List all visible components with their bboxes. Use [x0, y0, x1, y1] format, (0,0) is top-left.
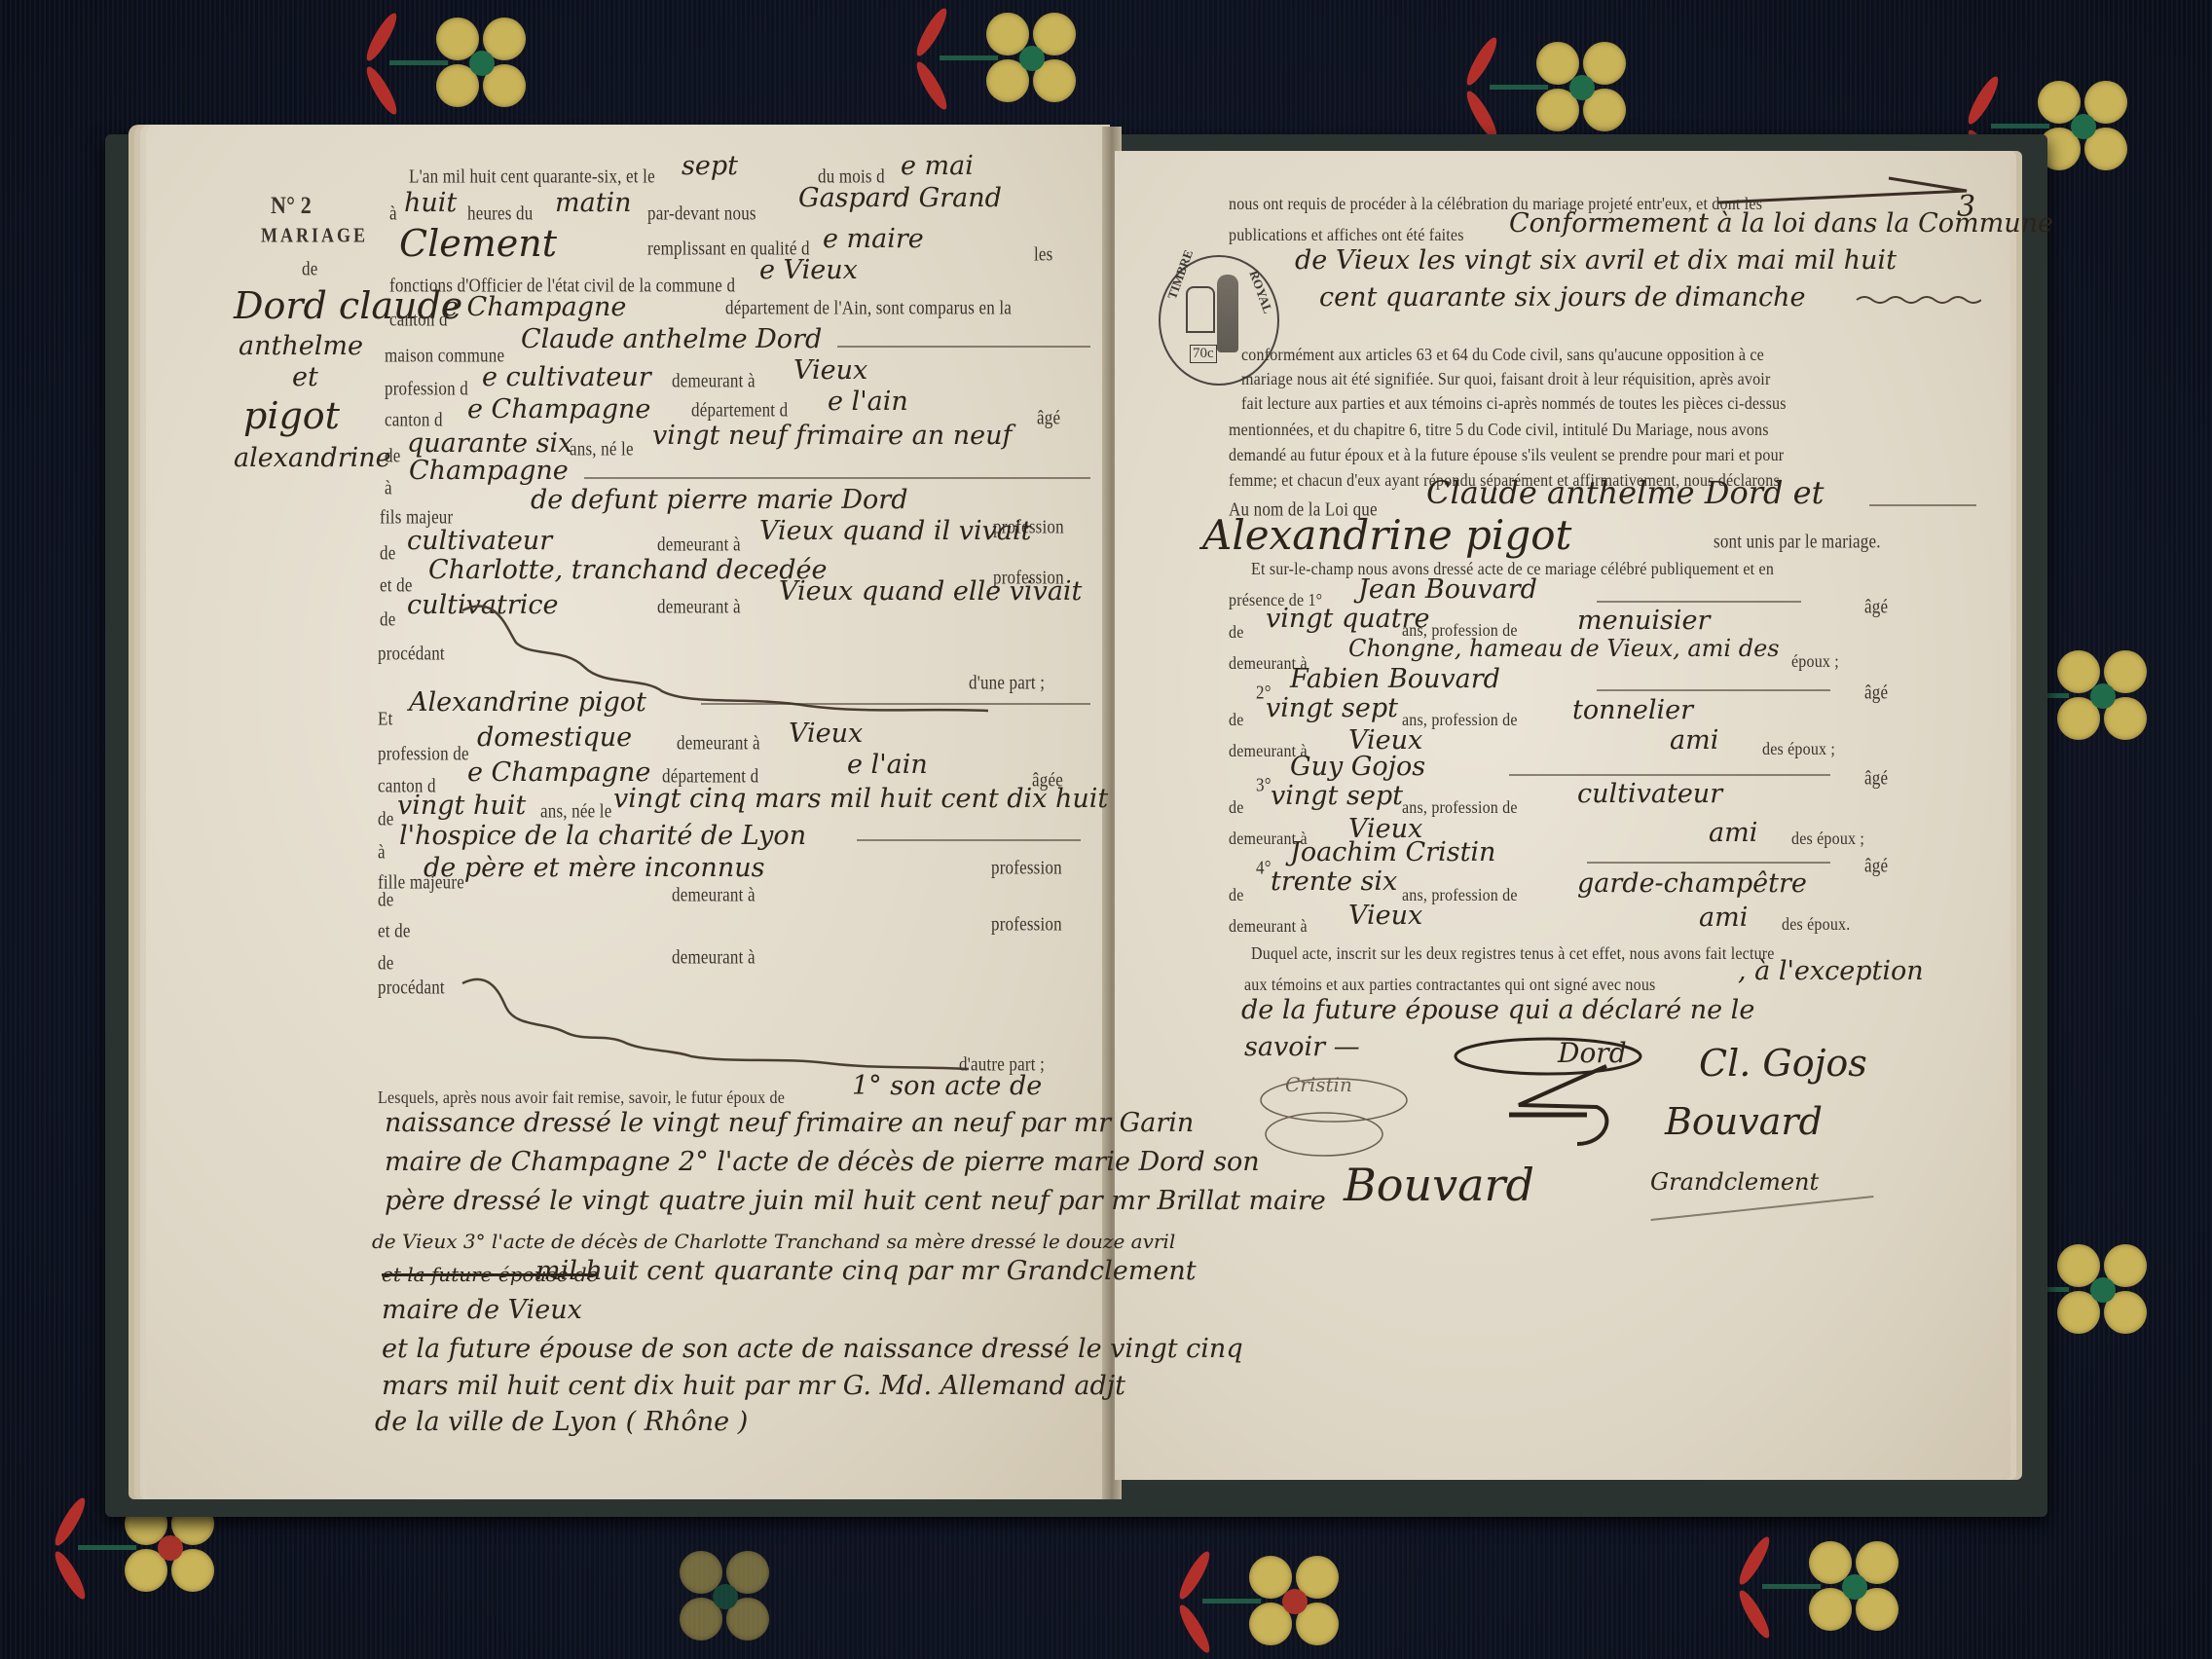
- print-text: ans, née le: [540, 800, 611, 823]
- print-text: de: [380, 608, 395, 631]
- margin-de: de: [302, 258, 317, 280]
- print-text: de: [378, 808, 393, 830]
- handwritten-birthplace: Champagne: [409, 456, 569, 486]
- embroidered-flower-icon: [2049, 643, 2157, 750]
- signature: Dord: [1558, 1037, 1627, 1069]
- print-text: de: [1229, 886, 1244, 906]
- handwritten-profession: cultivateur: [407, 526, 552, 556]
- print-text: canton d: [389, 309, 448, 331]
- print-text: par-devant nous: [647, 203, 756, 225]
- handwritten-age: vingt huit: [397, 791, 526, 821]
- print-text: profession: [991, 857, 1062, 879]
- print-text: ans, né le: [570, 438, 634, 461]
- print-text: époux ;: [1791, 652, 1839, 673]
- print-text: de: [385, 445, 400, 467]
- print-text: des époux.: [1782, 915, 1850, 936]
- handwritten-groom: Claude anthelme Dord: [521, 324, 822, 354]
- print-text: âgé: [1864, 767, 1888, 790]
- print-text: demandé au futur époux et à la future ép…: [1229, 446, 1784, 466]
- print-text: publications et affiches ont été faites: [1229, 226, 1464, 246]
- print-text: à: [389, 203, 397, 225]
- handwritten-documents: naissance dressé le vingt neuf frimaire …: [385, 1108, 1194, 1138]
- signature: Cl. Gojos: [1699, 1042, 1867, 1085]
- print-text: mariage nous ait été signifiée. Sur quoi…: [1241, 370, 1770, 390]
- print-text: de: [378, 952, 393, 975]
- print-text: d'une part ;: [969, 672, 1045, 694]
- print-text: L'an mil huit cent quarante-six, et le: [409, 166, 655, 188]
- stamp-value: 70c: [1190, 345, 1217, 363]
- margin-groom-name2: anthelme: [239, 331, 363, 361]
- witness-residence: Chongne, hameau de Vieux, ami des: [1348, 635, 1780, 662]
- handwritten-birthdate: vingt neuf frimaire an neuf: [652, 421, 1012, 451]
- embroidered-flower-icon: [978, 5, 1086, 112]
- witness-profession: cultivateur: [1577, 779, 1722, 809]
- margin-et: et: [292, 362, 318, 392]
- witness-profession: tonnelier: [1572, 695, 1693, 725]
- embroidered-flower-icon: [428, 10, 535, 117]
- print-text: demeurant à: [1229, 917, 1308, 938]
- witness-age: vingt sept: [1271, 781, 1403, 811]
- print-text: âgé: [1864, 855, 1888, 877]
- print-text: de: [1229, 711, 1244, 731]
- witness-profession: garde-champêtre: [1577, 868, 1807, 899]
- handwritten-profession: e cultivateur: [482, 362, 651, 392]
- handwritten-exception: de la future épouse qui a déclaré ne le: [1241, 995, 1754, 1025]
- filler-line: [458, 974, 974, 1071]
- handwritten-day: sept: [682, 151, 738, 181]
- print-text: Et: [378, 708, 393, 730]
- handwritten-month: e mai: [901, 151, 974, 181]
- print-text: département de l'Ain, sont comparus en l…: [725, 297, 1012, 319]
- print-text: conformément aux articles 63 et 64 du Co…: [1241, 346, 1764, 366]
- handwritten-profession: domestique: [477, 722, 632, 753]
- handwritten-documents: mars mil huit cent dix huit par mr G. Md…: [382, 1371, 1125, 1401]
- handwritten-officer: Clement: [399, 222, 557, 265]
- print-text: fait lecture aux parties et aux témoins …: [1241, 394, 1787, 415]
- print-text: les: [1034, 243, 1052, 266]
- witness-relation: ami: [1699, 903, 1748, 933]
- handwritten-age: quarante six: [407, 428, 572, 459]
- timbre-royal-stamp: TIMBRE ROYAL 70c: [1159, 255, 1279, 386]
- handwritten-residence: Vieux: [789, 719, 863, 749]
- handwritten-department: e l'ain: [828, 387, 908, 417]
- print-text: demeurant à: [657, 534, 741, 556]
- handwritten-commune: e Vieux: [759, 255, 858, 285]
- print-text: département d: [691, 399, 788, 422]
- print-text: à: [378, 841, 386, 864]
- print-text: âgé: [1864, 596, 1888, 618]
- handwritten-publication: cent quarante six jours de dimanche: [1319, 282, 1806, 313]
- print-text: Duquel acte, inscrit sur les deux regist…: [1251, 944, 1775, 965]
- embroidered-flower-icon: [672, 1543, 779, 1650]
- handwritten-residence: Vieux quand il vivait: [759, 516, 1031, 546]
- handwritten-role: e maire: [823, 224, 924, 254]
- print-text: de: [378, 889, 393, 911]
- witness-name: Fabien Bouvard: [1290, 664, 1500, 694]
- handwritten-time: matin: [555, 188, 632, 218]
- handwritten-hour: huit: [404, 188, 457, 218]
- print-text: de: [1229, 798, 1244, 819]
- record-number: N° 2: [271, 191, 312, 220]
- margin-bride-name: pigot: [243, 394, 340, 437]
- print-text: mentionnées, et du chapitre 6, titre 5 d…: [1229, 421, 1769, 441]
- handwritten-bride: Alexandrine pigot: [409, 687, 646, 718]
- print-text: âgé: [1864, 682, 1888, 704]
- handwritten-canton: e Champagne: [467, 394, 650, 424]
- signature: Bouvard: [1665, 1100, 1823, 1143]
- print-text: sont unis par le mariage.: [1714, 531, 1881, 553]
- print-text: âgé: [1037, 407, 1060, 429]
- handwritten-residence: Vieux: [793, 355, 867, 386]
- print-text: 4°: [1256, 857, 1272, 879]
- print-text: des époux ;: [1762, 740, 1835, 760]
- handwritten-canton: e Champagne: [443, 292, 626, 322]
- print-text: profession de: [378, 743, 469, 765]
- handwritten-documents: maire de Champagne 2° l'acte de décès de…: [385, 1147, 1260, 1177]
- handwritten-department: e l'ain: [847, 750, 928, 780]
- handwritten-officer: Gaspard Grand: [798, 183, 1002, 213]
- witness-relation: ami: [1709, 818, 1757, 848]
- print-text: profession d: [385, 378, 468, 400]
- handwritten-documents: maire de Vieux: [382, 1295, 582, 1325]
- print-text: procédant: [378, 977, 445, 999]
- print-text: de: [1229, 623, 1244, 644]
- witness-age: vingt sept: [1266, 693, 1398, 723]
- witness-name: Guy Gojos: [1290, 752, 1425, 782]
- embroidered-flower-icon: [1241, 1548, 1348, 1655]
- print-text: des époux ;: [1791, 829, 1864, 850]
- print-text: demeurant à: [672, 370, 756, 392]
- witness-age: trente six: [1271, 866, 1397, 897]
- handwritten-documents: 1° son acte de: [852, 1071, 1042, 1101]
- print-text: à: [385, 477, 392, 499]
- filler-line: [1855, 290, 1981, 310]
- signature: Bouvard: [1344, 1159, 1534, 1211]
- print-text: de: [380, 542, 395, 565]
- print-text: demeurant à: [672, 884, 756, 906]
- handwritten-documents: de la ville de Lyon ( Rhône ): [375, 1407, 748, 1437]
- print-text: et de: [378, 920, 411, 942]
- handwritten-bride: Alexandrine pigot: [1202, 511, 1571, 559]
- record-heading: MARIAGE: [261, 224, 368, 247]
- print-text: demeurant à: [672, 946, 756, 969]
- handwritten-father: de defunt pierre marie Dord: [531, 485, 907, 515]
- handwritten-exception: , à l'exception: [1738, 956, 1924, 986]
- handwritten-birthplace: l'hospice de la charité de Lyon: [399, 821, 806, 851]
- handwritten-publication: Conformement à la loi dans la Commune: [1509, 208, 2053, 239]
- witness-residence: Vieux: [1348, 901, 1422, 931]
- signature: Cristin: [1285, 1073, 1352, 1096]
- print-text: aux témoins et aux parties contractantes…: [1244, 976, 1655, 996]
- witness-name: Joachim Cristin: [1290, 837, 1495, 867]
- embroidered-flower-icon: [1529, 34, 1636, 141]
- embroidered-flower-icon: [1801, 1533, 1908, 1641]
- handwritten-documents: et la future épouse de son acte de naiss…: [382, 1334, 1243, 1364]
- handwritten-parents: de père et mère inconnus: [424, 853, 764, 883]
- witness-name: Jean Bouvard: [1358, 574, 1537, 605]
- handwritten-documents: de Vieux 3° l'acte de décès de Charlotte…: [372, 1230, 1175, 1253]
- margin-bride-name2: alexandrine: [234, 443, 391, 473]
- print-text: 3°: [1256, 774, 1272, 796]
- handwritten-publication: de Vieux les vingt six avril et dix mai …: [1295, 245, 1897, 276]
- print-text: demeurant à: [677, 732, 760, 755]
- handwritten-groom: Claude anthelme Dord et: [1426, 474, 1824, 511]
- print-text: procédant: [378, 643, 445, 665]
- print-text: profession: [991, 913, 1062, 936]
- witness-profession: menuisier: [1577, 606, 1710, 636]
- handwritten-birthdate: vingt cinq mars mil huit cent dix huit: [613, 784, 1108, 814]
- handwritten-mother: Charlotte, tranchand decedée: [428, 555, 828, 585]
- signature: Grandclement: [1650, 1168, 1819, 1196]
- handwritten-exception: savoir —: [1244, 1032, 1360, 1062]
- witness-relation: ami: [1670, 725, 1718, 756]
- print-text: Lesquels, après nous avoir fait remise, …: [378, 1088, 785, 1109]
- embroidered-flower-icon: [2049, 1236, 2157, 1344]
- handwritten-documents: mil huit cent quarante cinq par mr Grand…: [535, 1256, 1197, 1286]
- handwritten-documents: père dressé le vingt quatre juin mil hui…: [385, 1186, 1326, 1216]
